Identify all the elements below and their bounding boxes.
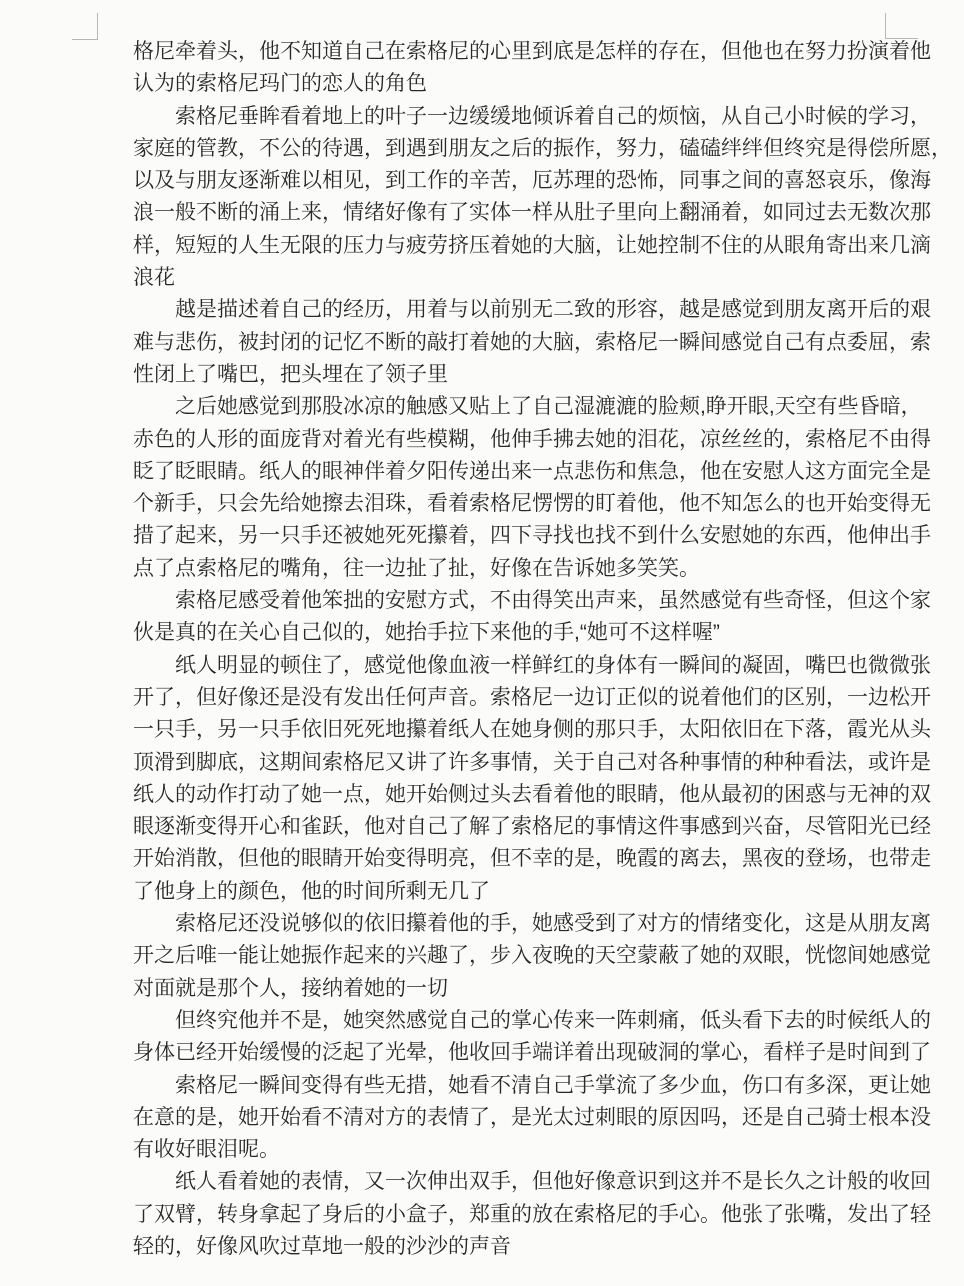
- paragraph: 格尼牵着头，他不知道自己在索格尼的心里到底是怎样的存在，但他也在努力扮演着他认为…: [133, 36, 893, 101]
- text-line: 有收好眼泪呢。: [133, 1134, 893, 1166]
- text-line: 家庭的管教，不公的待遇，到遇到朋友之后的振作，努力，磕磕绊绊但终究是得偿所愿，: [133, 133, 893, 165]
- text-line: 对面就是那个人，接纳着她的一切: [133, 973, 893, 1005]
- text-line: 开了，但好像还是没有发出任何声音。索格尼一边订正似的说着他们的区别，一边松开: [133, 682, 893, 714]
- text-line: 了他身上的颜色，他的时间所剩无几了: [133, 876, 893, 908]
- text-line: 难与悲伤，被封闭的记忆不断的敲打着她的大脑，索格尼一瞬间感觉自己有点委屈，索: [133, 327, 893, 359]
- text-line: 浪花: [133, 262, 893, 294]
- text-line: 索格尼一瞬间变得有些无措，她看不清自己手掌流了多少血，伤口有多深，更让她: [133, 1070, 893, 1102]
- text-line: 了双臂，转身拿起了身后的小盒子，郑重的放在索格尼的手心。他张了张嘴，发出了轻: [133, 1199, 893, 1231]
- text-line: 纸人明显的顿住了，感觉他像血液一样鲜红的身体有一瞬间的凝固，嘴巴也微微张: [133, 650, 893, 682]
- paragraph: 但终究他并不是，她突然感觉自己的掌心传来一阵刺痛，低头看下去的时候纸人的身体已经…: [133, 1005, 893, 1070]
- paragraph: 越是描述着自己的经历，用着与以前别无二致的形容，越是感觉到朋友离开后的艰难与悲伤…: [133, 294, 893, 391]
- text-line: 索格尼还没说够似的依旧攥着他的手，她感受到了对方的情绪变化，这是从朋友离: [133, 908, 893, 940]
- text-boundary-mark-top-left-icon: [72, 13, 98, 40]
- text-line: 眼逐渐变得开心和雀跃，他对自己了解了索格尼的事情这件事感到兴奋，尽管阳光已经: [133, 811, 893, 843]
- text-line: 样，短短的人生无限的压力与疲劳挤压着她的大脑，让她控制不住的从眼角寄出来几滴: [133, 230, 893, 262]
- text-line: 纸人的动作打动了她一点，她开始侧过头去看着他的眼睛，他从最初的困惑与无神的双: [133, 779, 893, 811]
- text-line: 点了点索格尼的嘴角，往一边扯了扯，好像在告诉她多笑笑。: [133, 553, 893, 585]
- paragraph: 纸人看着她的表情，又一次伸出双手，但他好像意识到这并不是长久之计般的收回了双臂，…: [133, 1166, 893, 1263]
- text-line: 身体已经开始缓慢的泛起了光晕，他收回手端详着出现破洞的掌心，看样子是时间到了: [133, 1037, 893, 1069]
- text-line: 格尼牵着头，他不知道自己在索格尼的心里到底是怎样的存在，但他也在努力扮演着他: [133, 36, 893, 68]
- text-line: 一只手，另一只手依旧死死地攥着纸人在她身侧的那只手，太阳依旧在下落，霞光从头: [133, 714, 893, 746]
- paragraph: 纸人明显的顿住了，感觉他像血液一样鲜红的身体有一瞬间的凝固，嘴巴也微微张开了，但…: [133, 650, 893, 908]
- paragraph: 索格尼一瞬间变得有些无措，她看不清自己手掌流了多少血，伤口有多深，更让她在意的是…: [133, 1070, 893, 1167]
- document-page: { "page": { "background_color": "#fbfbfa…: [0, 0, 964, 1286]
- text-line: 浪一般不断的涌上来，情绪好像有了实体一样从肚子里向上翻涌着，如同过去无数次那: [133, 197, 893, 229]
- text-line: 索格尼感受着他笨拙的安慰方式，不由得笑出声来，虽然感觉有些奇怪，但这个家: [133, 585, 893, 617]
- text-line: 开之后唯一能让她振作起来的兴趣了，步入夜晚的天空蒙蔽了她的双眼，恍惚间她感觉: [133, 940, 893, 972]
- text-line: 认为的索格尼玛门的恋人的角色: [133, 68, 893, 100]
- paragraph: 之后她感觉到那股冰凉的触感又贴上了自己湿漉漉的脸颊,睁开眼,天空有些昏暗，赤色的…: [133, 391, 893, 585]
- text-line: 之后她感觉到那股冰凉的触感又贴上了自己湿漉漉的脸颊,睁开眼,天空有些昏暗，: [133, 391, 893, 423]
- text-line: 以及与朋友逐渐难以相见，到工作的辛苦，厄苏理的恐怖，同事之间的喜怒哀乐，像海: [133, 165, 893, 197]
- text-line: 个新手，只会先给她擦去泪珠，看着索格尼愣愣的盯着他，他不知怎么的也开始变得无: [133, 488, 893, 520]
- text-line: 顶滑到脚底，这期间索格尼又讲了许多事情，关于自己对各种事情的种种看法，或许是: [133, 747, 893, 779]
- document-body: 格尼牵着头，他不知道自己在索格尼的心里到底是怎样的存在，但他也在努力扮演着他认为…: [133, 36, 893, 1263]
- paragraph: 索格尼还没说够似的依旧攥着他的手，她感受到了对方的情绪变化，这是从朋友离开之后唯…: [133, 908, 893, 1005]
- text-line: 眨了眨眼睛。纸人的眼神伴着夕阳传递出来一点悲伤和焦急，他在安慰人这方面完全是: [133, 456, 893, 488]
- text-line: 越是描述着自己的经历，用着与以前别无二致的形容，越是感觉到朋友离开后的艰: [133, 294, 893, 326]
- text-line: 伙是真的在关心自己似的，她抬手拉下来他的手,“她可不这样喔”: [133, 617, 893, 649]
- paragraph: 索格尼垂眸看着地上的叶子一边缓缓地倾诉着自己的烦恼，从自己小时候的学习，家庭的管…: [133, 101, 893, 295]
- text-line: 赤色的人形的面庞背对着光有些模糊，他伸手拂去她的泪花，凉丝丝的，索格尼不由得: [133, 424, 893, 456]
- text-line: 索格尼垂眸看着地上的叶子一边缓缓地倾诉着自己的烦恼，从自己小时候的学习，: [133, 101, 893, 133]
- text-line: 开始消散，但他的眼睛开始变得明亮，但不幸的是，晚霞的离去，黑夜的登场，也带走: [133, 843, 893, 875]
- paragraph: 索格尼感受着他笨拙的安慰方式，不由得笑出声来，虽然感觉有些奇怪，但这个家伙是真的…: [133, 585, 893, 650]
- text-line: 但终究他并不是，她突然感觉自己的掌心传来一阵刺痛，低头看下去的时候纸人的: [133, 1005, 893, 1037]
- text-line: 措了起来，另一只手还被她死死攥着，四下寻找也找不到什么安慰她的东西，他伸出手: [133, 520, 893, 552]
- text-line: 性闭上了嘴巴，把头埋在了领子里: [133, 359, 893, 391]
- text-line: 轻的，好像风吹过草地一般的沙沙的声音: [133, 1231, 893, 1263]
- text-line: 在意的是，她开始看不清对方的表情了，是光太过刺眼的原因吗，还是自己骑士根本没: [133, 1102, 893, 1134]
- text-line: 纸人看着她的表情，又一次伸出双手，但他好像意识到这并不是长久之计般的收回: [133, 1166, 893, 1198]
